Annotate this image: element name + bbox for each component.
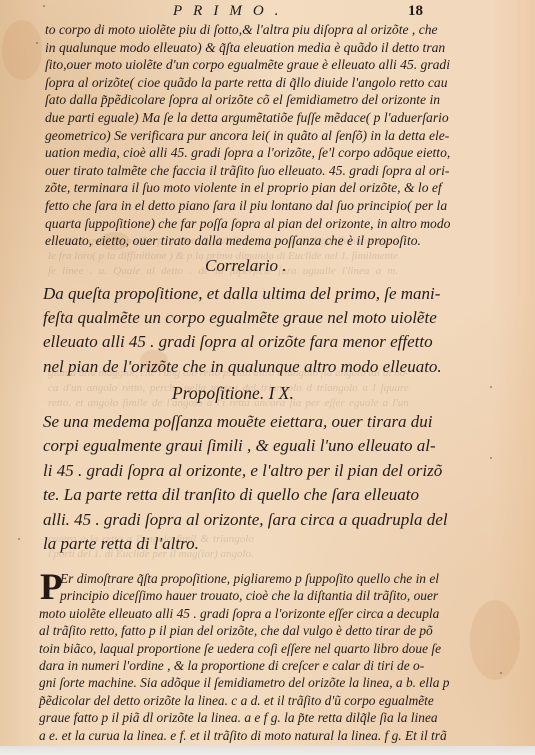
text-line: elleuato, eietto, ouer tirato dalla mede…	[45, 232, 427, 250]
text-line: zõte, terminara il ſuo moto violente in …	[45, 179, 427, 197]
text-line: gni ſorte machine. Sia adõque il ſemidia…	[39, 674, 418, 691]
paper-stain	[470, 600, 520, 680]
proposition-heading: Propoſitione. I X.	[172, 383, 294, 404]
text-line: dara in numeri l'ordine , & la proportio…	[39, 657, 418, 674]
text-line: toin biãco, laqual proportione ſe uedera…	[39, 640, 418, 657]
text-line: ſopra al orizõte( cioe quãdo la parte re…	[45, 74, 427, 92]
text-line: te. La parte retta dil tranſito di quell…	[43, 483, 419, 507]
demonstration-text: Er dimoſtrare q̃ſta propoſitione, piglia…	[39, 570, 418, 748]
proposition-statement: Se una medema poſſanza mouẽte eiettara, …	[43, 410, 419, 556]
page-number: 18	[408, 3, 423, 20]
text-line: geometrico) Se verificara pur ancora lei…	[45, 127, 427, 145]
text-line: li 45 . gradi ſopra al orizonte, e l'alt…	[43, 459, 419, 483]
text-line: ſato dalla p̃pẽdicolare ſopra al orizõte…	[45, 91, 427, 109]
paper-speck	[500, 672, 502, 674]
paper-speck	[18, 538, 20, 540]
page-header: PRIMO. 18	[0, 3, 535, 21]
text-line: moto uiolẽte elleuato alli 45 . gradi ſo…	[39, 605, 418, 622]
text-line: corpi egualmente graui ſimili , & eguali…	[43, 434, 419, 458]
paper-speck	[490, 457, 492, 459]
text-line: a e. et la curua la linea. e f. et il tr…	[39, 727, 418, 744]
text-line: to corpo di moto uiolẽte piu di ſotto,& …	[45, 21, 427, 39]
text-line: graue fatto p il piã dl orizõte la linea…	[39, 709, 418, 726]
running-head: PRIMO.	[173, 3, 289, 20]
text-line: elleuato alli 45 . gradi ſopra al orizõt…	[43, 330, 427, 354]
text-line: nel pian de l'orizõte che in qualunque a…	[43, 355, 427, 379]
text-line: la parte retta di l'altro.	[43, 532, 419, 556]
text-line: uation media, cioè alli 45. gradi ſopra …	[45, 144, 427, 162]
scan-background-edge	[0, 746, 535, 755]
text-line: quarta ſuppoſitione) che far poſſa ſopra…	[45, 215, 427, 233]
book-page-scan: cerchio( qual ſegno ſia p. ) ideo & dui …	[0, 0, 535, 748]
paper-stain	[2, 20, 42, 80]
text-line: ſito,ouer moto uiolẽte d'un corpo egualm…	[45, 56, 427, 74]
paper-speck	[36, 42, 38, 44]
text-line: Er dimoſtrare q̃ſta propoſitione, piglia…	[39, 570, 418, 587]
text-line: in qualunque modo elleuato) & q̃ſta eleu…	[45, 39, 427, 57]
paper-speck	[490, 386, 492, 388]
text-line: p̃ẽdicolar del detto orizõte la linea. c…	[39, 692, 418, 709]
text-line: Se una medema poſſanza mouẽte eiettara, …	[43, 410, 419, 434]
text-line: principio diceſſimo hauer trouato, cioè …	[39, 587, 418, 604]
text-line: due parti eguale) Ma ſe la detta argumẽt…	[45, 109, 427, 127]
corollary-text: Da queſta propoſitione, et dalla ultima …	[43, 282, 427, 379]
text-line: Da queſta propoſitione, et dalla ultima …	[43, 282, 427, 306]
text-line: alli. 45 . gradi ſopra al orizonte, ſara…	[43, 508, 419, 532]
paragraph-continuation: to corpo di moto uiolẽte piu di ſotto,& …	[45, 21, 427, 250]
corollary-heading: Correlario .	[205, 256, 287, 276]
text-line: feſta qualmẽte un corpo egualmẽte graue …	[43, 306, 427, 330]
text-line: fetto che ſara in el detto piano ſara il…	[45, 197, 427, 215]
text-line: al trãſito retto, fatto p il pian del or…	[39, 622, 418, 639]
text-line: ouer tirato talmẽte che faccia il trãſit…	[45, 162, 427, 180]
